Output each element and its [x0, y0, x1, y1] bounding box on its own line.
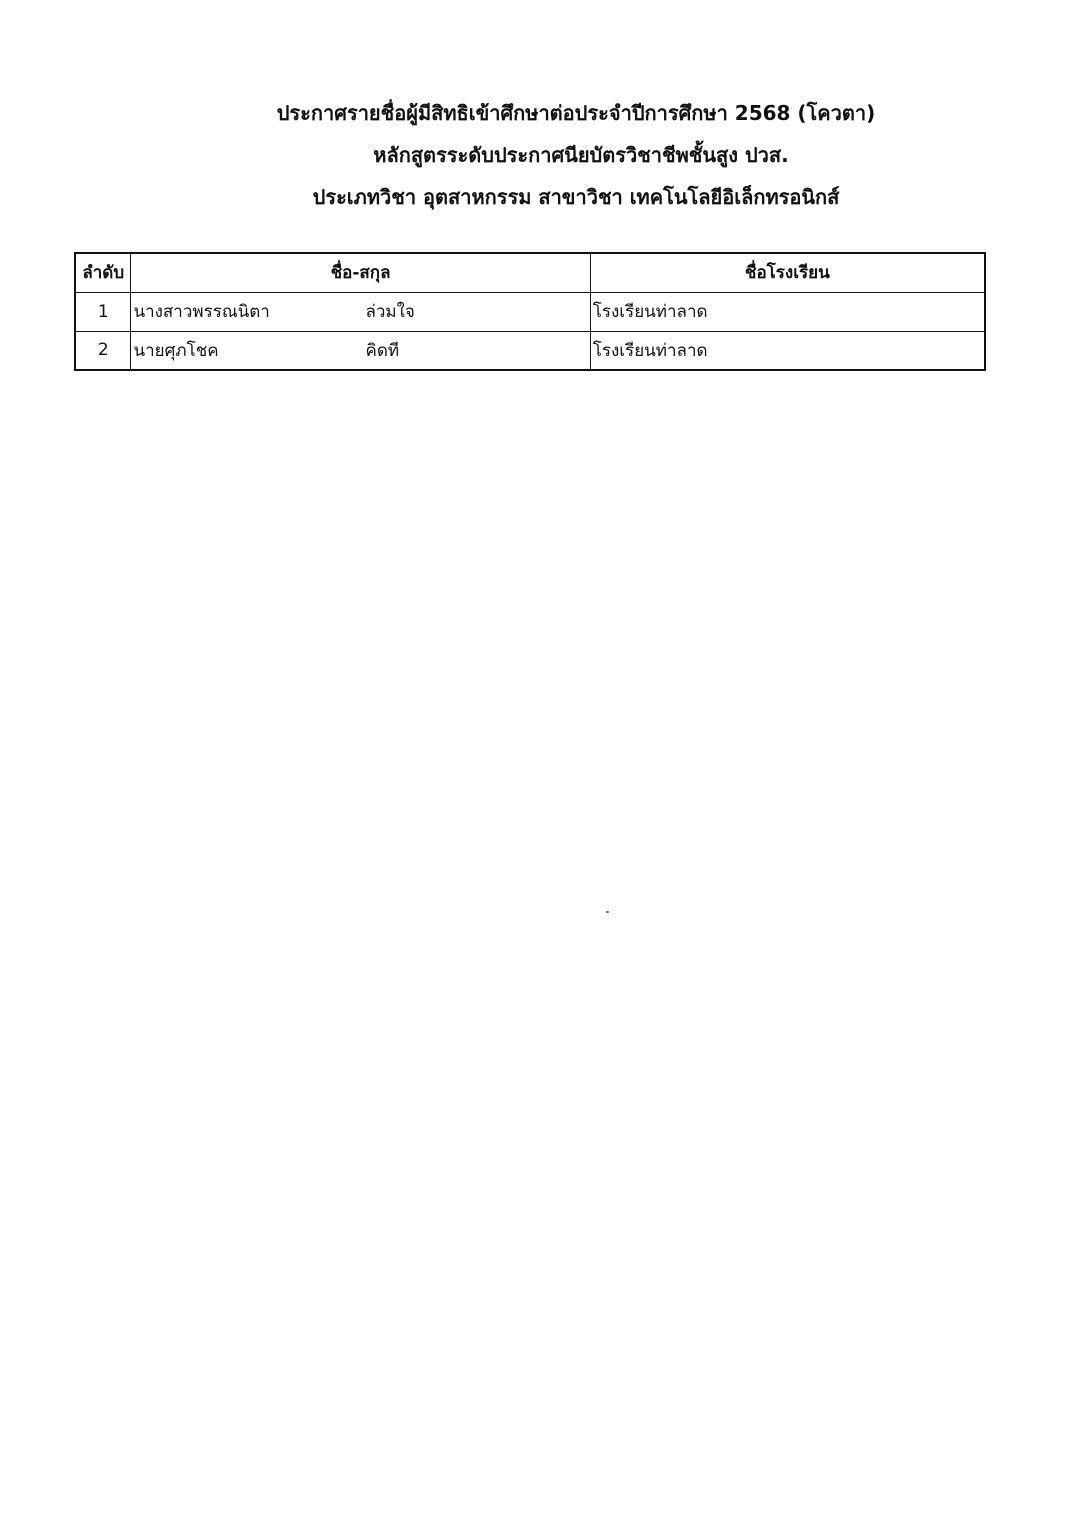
last-name: คิดที	[365, 337, 399, 364]
last-name: ล่วมใจ	[365, 298, 414, 325]
scan-speck	[606, 911, 609, 913]
row-number: 1	[75, 292, 131, 331]
table-header-row: ลำดับ ชื่อ-สกุล ชื่อโรงเรียน	[75, 253, 985, 292]
header-no: ลำดับ	[75, 253, 131, 292]
announcement-title: ประกาศรายชื่อผู้มีสิทธิเข้าศึกษาต่อประจำ…	[0, 92, 1072, 134]
field-title: ประเภทวิชา อุตสาหกรรม สาขาวิชา เทคโนโลยี…	[0, 176, 1072, 218]
row-number: 2	[75, 331, 131, 370]
header-school: ชื่อโรงเรียน	[590, 253, 985, 292]
student-name: นางสาวพรรณนิตาล่วมใจ	[131, 292, 590, 331]
first-name: นายศุภโชค	[133, 337, 365, 364]
school-name: โรงเรียนท่าลาด	[590, 331, 985, 370]
table-row: 2 นายศุภโชคคิดที โรงเรียนท่าลาด	[75, 331, 985, 370]
admission-roster-table: ลำดับ ชื่อ-สกุล ชื่อโรงเรียน 1 นางสาวพรร…	[74, 252, 986, 371]
table-row: 1 นางสาวพรรณนิตาล่วมใจ โรงเรียนท่าลาด	[75, 292, 985, 331]
header-name: ชื่อ-สกุล	[131, 253, 590, 292]
program-title: หลักสูตรระดับประกาศนียบัตรวิชาชีพชั้นสูง…	[0, 134, 1072, 176]
school-name: โรงเรียนท่าลาด	[590, 292, 985, 331]
student-name: นายศุภโชคคิดที	[131, 331, 590, 370]
first-name: นางสาวพรรณนิตา	[133, 298, 365, 325]
document-header: ประกาศรายชื่อผู้มีสิทธิเข้าศึกษาต่อประจำ…	[0, 92, 1072, 218]
